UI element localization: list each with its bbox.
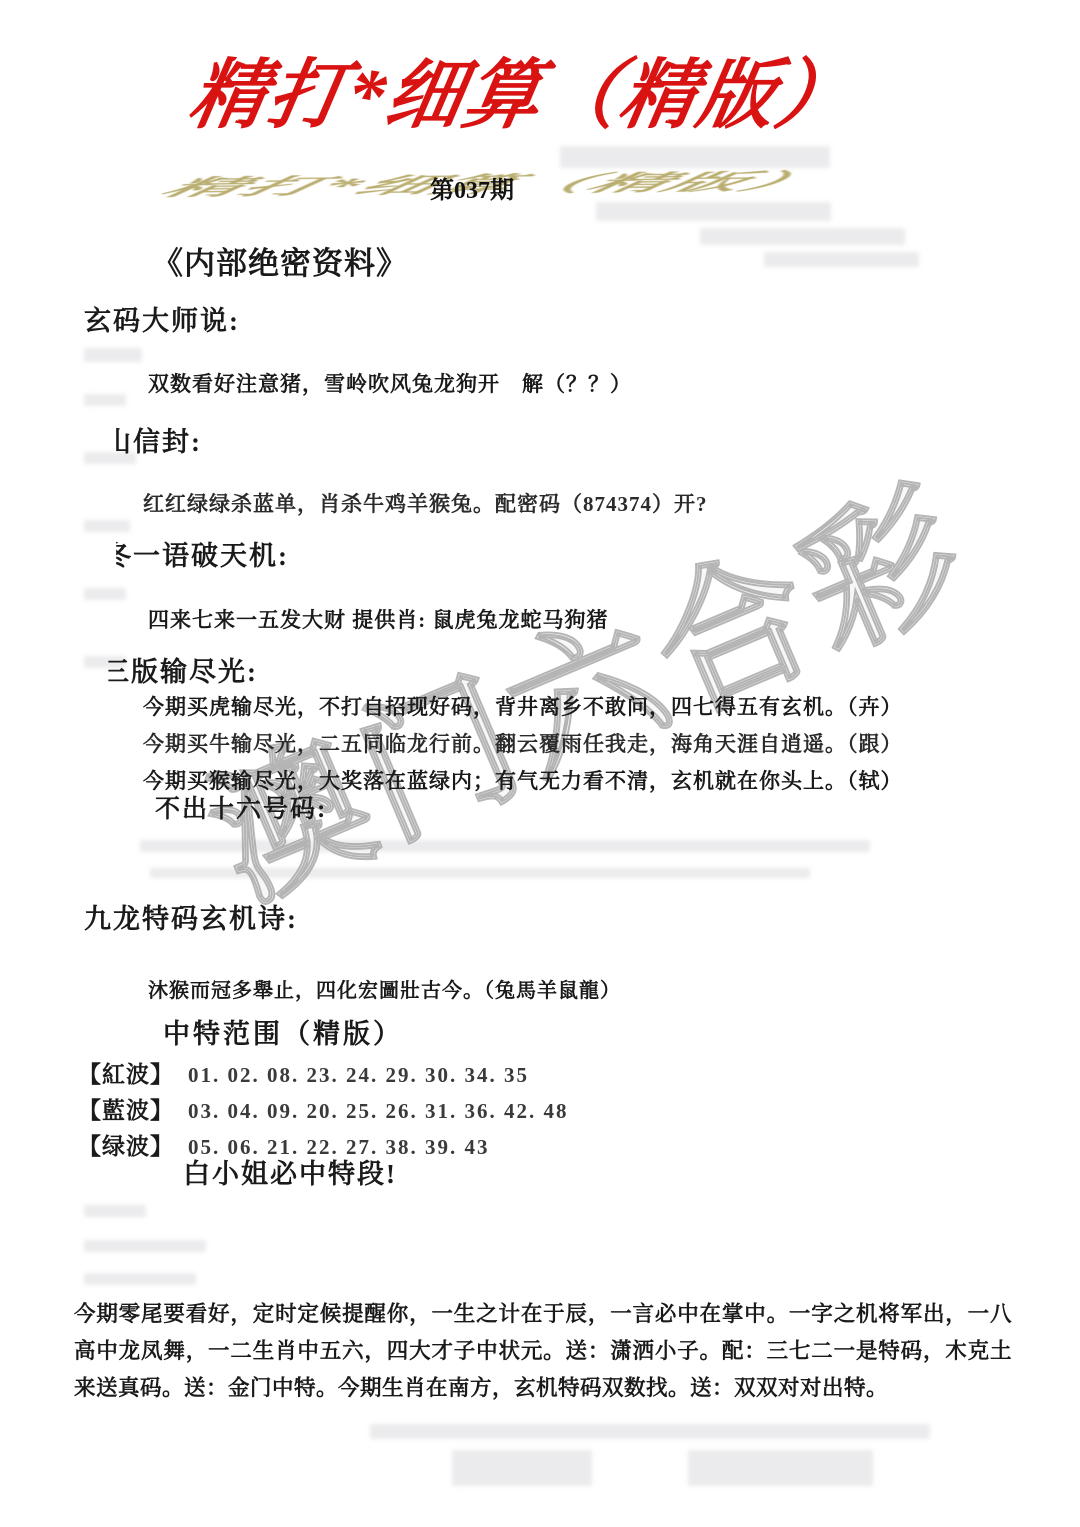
envelope-line: 红红绿绿杀蓝单，肖杀牛鸡羊猴兔。配密码（874374）开? [143,488,708,518]
tianji-heading-text: 一语破天机: [133,541,289,571]
tianji-heading: 冬一语破天机: [108,534,289,573]
shujinguang-line-ox: 今期买牛输尽光，二五同临龙行前。翻云覆雨任我走，海角天涯自逍遥。（跟） [143,728,903,758]
jiulong-poem-line: 沐猴而冠多舉止，四化宏圖壯古今。（兔馬羊鼠龍） [148,974,621,1003]
blue-wave-row: 【藍波】03. 04. 09. 20. 25. 26. 31. 36. 42. … [78,1092,569,1125]
blue-wave-label: 【藍波】 [78,1098,174,1123]
red-wave-numbers: 01. 02. 08. 23. 24. 29. 30. 34. 35 [188,1063,529,1087]
red-wave-row: 【紅波】01. 02. 08. 23. 24. 29. 30. 34. 35 [78,1056,529,1089]
issue-number: 第037期 [392,170,552,205]
shujinguang-heading: 三版输尽光: [102,650,258,689]
ghost-artifact [688,1450,873,1486]
red-wave-label: 【紅波】 [78,1062,174,1087]
envelope-heading-cut-char: 山 [104,420,133,459]
range-heading: 中特范围（精版） [163,1012,403,1051]
baixiaojie-line: 白小姐必中特段! [183,1152,397,1191]
master-says-heading: 玄码大师说: [84,299,240,338]
tipsheet-page: 澳门六合彩 精打*细算（精版） 精打*细算（精版） 第037期 《内部绝密资料》… [0,0,1080,1527]
ghost-artifact [370,1424,930,1439]
master-says-line: 双数看好注意猪，雪岭吹风兔龙狗开 解（？？） [148,368,632,398]
tianji-heading-cut-char: 冬 [104,534,133,573]
envelope-heading-text: 信封: [133,427,202,457]
ghost-artifact [84,394,126,406]
ghost-artifact [84,520,130,532]
bottom-paragraph: 今期零尾要看好，定时定候提醒你，一生之计在于辰，一言必中在掌中。一字之机将军出，… [74,1296,1012,1416]
ghost-artifact [84,1273,196,1285]
jiulong-heading: 九龙特码玄机诗: [84,897,298,936]
ghost-artifact [84,1240,206,1252]
banner-title: 精打*细算（精版） [182,34,881,143]
blue-wave-numbers: 03. 04. 09. 20. 25. 26. 31. 36. 42. 48 [188,1099,569,1123]
shujinguang-line-tiger: 今期买虎输尽光，不打自招现好码，背井离乡不敢问，四七得五有玄机。（卉） [143,691,903,721]
ghost-artifact [700,228,905,245]
tianji-line: 四来七来一五发大财 提供肖: 鼠虎兔龙蛇马狗猪 [148,604,609,634]
green-wave-label: 【绿波】 [78,1134,174,1159]
secret-material-heading: 《内部绝密资料》 [152,238,408,283]
ghost-artifact [84,588,126,600]
ghost-artifact [84,348,142,362]
ghost-artifact [84,1205,146,1217]
ghost-artifact [764,252,919,267]
ghost-artifact [596,202,831,221]
sixteen-numbers-line: 不出十六号码: [155,789,327,825]
shujinguang-heading-text: 版输尽光: [131,657,258,687]
envelope-heading: 山信封: [108,420,202,459]
ghost-artifact [452,1450,592,1486]
shujinguang-heading-cut-char: 三 [102,650,131,689]
